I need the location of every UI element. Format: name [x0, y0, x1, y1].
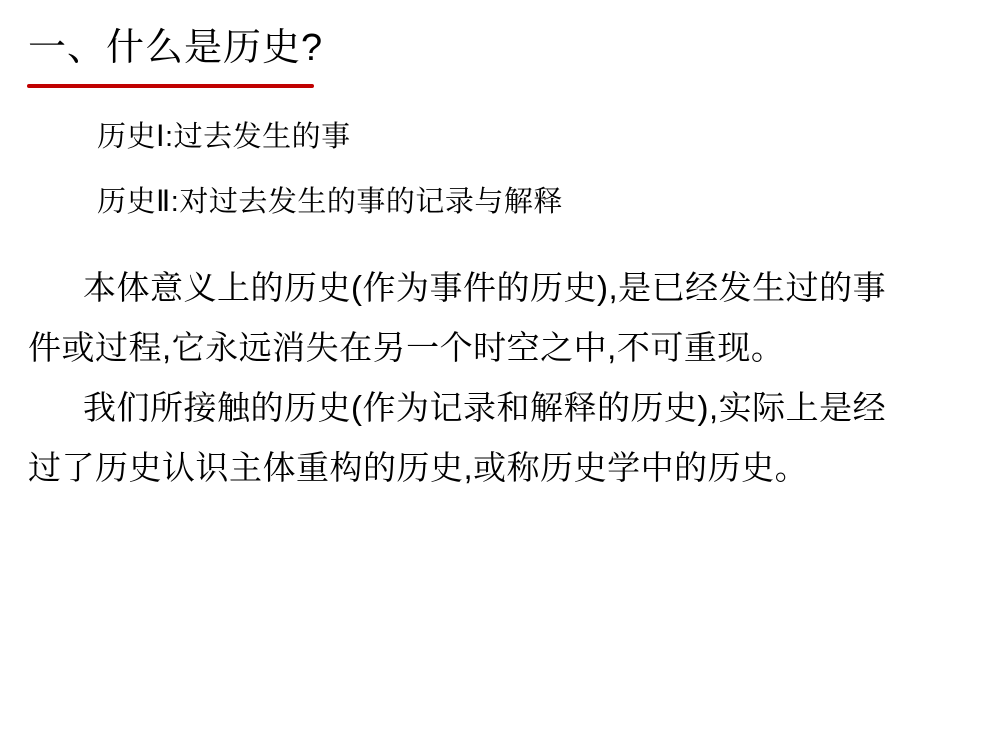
- slide-title: 一、什么是历史?: [28, 24, 323, 72]
- definitions-block: 历史Ⅰ:过去发生的事 历史Ⅱ:对过去发生的事的记录与解释: [97, 121, 563, 219]
- paragraph-1-line-2: 件或过程,它永远消失在另一个时空之中,不可重现。: [28, 318, 973, 378]
- title-underline: [27, 84, 314, 88]
- paragraph-1-line-1: 本体意义上的历史(作为事件的历史),是已经发生过的事: [28, 258, 973, 318]
- body-text-block: 本体意义上的历史(作为事件的历史),是已经发生过的事 件或过程,它永远消失在另一…: [28, 258, 973, 498]
- slide: 一、什么是历史? 历史Ⅰ:过去发生的事 历史Ⅱ:对过去发生的事的记录与解释 本体…: [0, 0, 1000, 750]
- definition-history-2: 历史Ⅱ:对过去发生的事的记录与解释: [97, 186, 563, 219]
- definition-history-1: 历史Ⅰ:过去发生的事: [97, 121, 563, 154]
- paragraph-2-line-2: 过了历史认识主体重构的历史,或称历史学中的历史。: [28, 438, 973, 498]
- paragraph-2-line-1: 我们所接触的历史(作为记录和解释的历史),实际上是经: [28, 378, 973, 438]
